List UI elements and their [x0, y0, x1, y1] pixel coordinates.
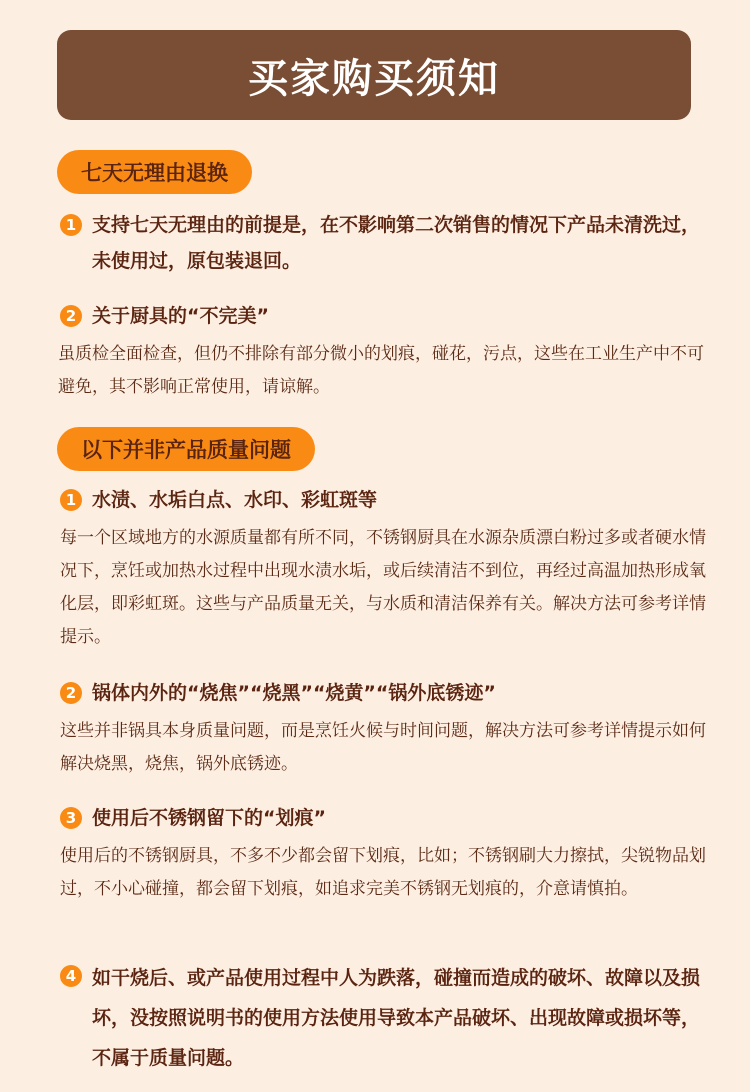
page-title: 买家购买须知 [248, 47, 500, 104]
number-badge-icon: 1 [60, 489, 82, 511]
item-body: 每一个区域地方的水源质量都有所不同，不锈钢厨具在水源杂质漂白粉过多或者硬水情况下… [60, 522, 710, 654]
number-badge-icon: 4 [60, 965, 82, 987]
item-body: 使用后的不锈钢厨具，不多不少都会留下划痕，比如；不锈钢刷大力擦拭，尖锐物品划过，… [60, 840, 710, 906]
issue-item-1: 1 水渍、水垢白点、水印、彩虹斑等 每一个区域地方的水源质量都有所不同，不锈钢厨… [60, 482, 710, 654]
section-label-not-quality-issues: 以下并非产品质量问题 [57, 427, 315, 471]
item-title: 如干烧后、或产品使用过程中人为跌落，碰撞而造成的破坏、故障以及损坏，没按照说明书… [92, 958, 710, 1078]
title-banner: 买家购买须知 [57, 30, 691, 120]
item-title: 支持七天无理由的前提是，在不影响第二次销售的情况下产品未清洗过，未使用过，原包装… [92, 207, 710, 279]
item-title: 水渍、水垢白点、水印、彩虹斑等 [92, 482, 710, 518]
number-badge-icon: 1 [60, 214, 82, 236]
item-title: 使用后不锈钢留下的“划痕” [92, 800, 710, 836]
issue-item-4: 4 如干烧后、或产品使用过程中人为跌落，碰撞而造成的破坏、故障以及损坏，没按照说… [60, 958, 710, 1078]
return-item-1: 1 支持七天无理由的前提是，在不影响第二次销售的情况下产品未清洗过，未使用过，原… [60, 207, 710, 279]
number-badge-icon: 2 [60, 682, 82, 704]
issue-item-3: 3 使用后不锈钢留下的“划痕” 使用后的不锈钢厨具，不多不少都会留下划痕，比如；… [60, 800, 710, 906]
item-title: 锅体内外的“烧焦”“烧黑”“烧黄”“锅外底锈迹” [92, 675, 710, 711]
number-badge-icon: 2 [60, 305, 82, 327]
item-body: 虽质检全面检查，但仍不排除有部分微小的划痕，碰花，污点，这些在工业生产中不可避免… [58, 338, 710, 404]
number-badge-icon: 3 [60, 807, 82, 829]
return-item-2: 2 关于厨具的“不完美” 虽质检全面检查，但仍不排除有部分微小的划痕，碰花，污点… [60, 298, 710, 404]
section-label-seven-day-return: 七天无理由退换 [57, 150, 252, 194]
item-body: 这些并非锅具本身质量问题，而是烹饪火候与时间问题，解决方法可参考详情提示如何解决… [60, 715, 710, 781]
item-title: 关于厨具的“不完美” [92, 298, 710, 334]
issue-item-2: 2 锅体内外的“烧焦”“烧黑”“烧黄”“锅外底锈迹” 这些并非锅具本身质量问题，… [60, 675, 710, 781]
